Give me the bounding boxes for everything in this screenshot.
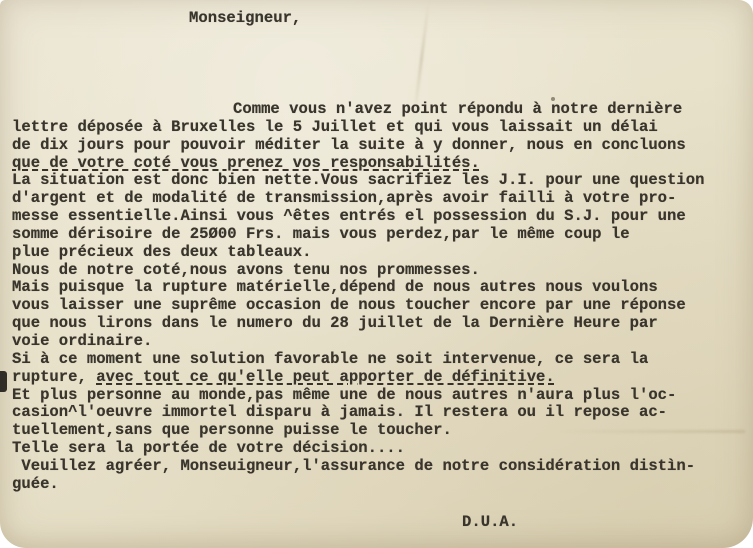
letter-line: Telle sera la portée de votre décision..… [12, 440, 749, 458]
letter-line: Si à ce moment une solution favorable ne… [12, 351, 749, 369]
letter-line: guée. [12, 476, 749, 494]
letter-signature: D.U.A. [462, 513, 518, 531]
letter-line: Veuillez agréer, Monseuigneur,l'assuranc… [12, 458, 749, 476]
letter-line: que nous lirons dans le numero du 28 jui… [12, 315, 749, 333]
letter-line: Mais puisque la rupture matérielle,dépen… [12, 279, 749, 297]
letter-body: Comme vous n'avez point répondu à notre … [12, 101, 749, 494]
letter-line: messe essentielle.Ainsi vous ^êtes entré… [12, 208, 749, 226]
letter-line: voie ordinaire. [12, 333, 749, 351]
letter-line: rupture, avec tout ce qu'elle peut appor… [12, 369, 749, 387]
letter-line: lettre déposée à Bruxelles le 5 Juillet … [12, 119, 749, 137]
letter-line: casion^l'oeuvre immortel disparu à jamai… [12, 404, 749, 422]
letter-line: que de votre coté vous prenez vos respon… [12, 155, 749, 173]
scanned-letter-page: Monseigneur, Comme vous n'avez point rép… [0, 0, 753, 548]
letter-line: Et plus personne au monde,pas même une d… [12, 387, 749, 405]
letter-greeting: Monseigneur, [189, 9, 301, 27]
letter-line: d'argent et de modalité de transmission,… [12, 190, 749, 208]
letter-line: somme dérisoire de 25Ø00 Frs. mais vous … [12, 226, 749, 244]
letter-line: vous laisser une suprême occasion de nou… [12, 297, 749, 315]
letter-line: de dix jours pour pouvoir méditer la sui… [12, 137, 749, 155]
letter-line: plue précieux des deux tableaux. [12, 244, 749, 262]
letter-line: tuellement,sans que personne puisse le t… [12, 422, 749, 440]
letter-line: Comme vous n'avez point répondu à notre … [12, 101, 749, 119]
left-edge-ink-mark [0, 371, 7, 392]
letter-line: La situation est donc bien nette.Vous sa… [12, 172, 749, 190]
letter-line: Nous de notre coté,nous avons tenu nos p… [12, 262, 749, 280]
